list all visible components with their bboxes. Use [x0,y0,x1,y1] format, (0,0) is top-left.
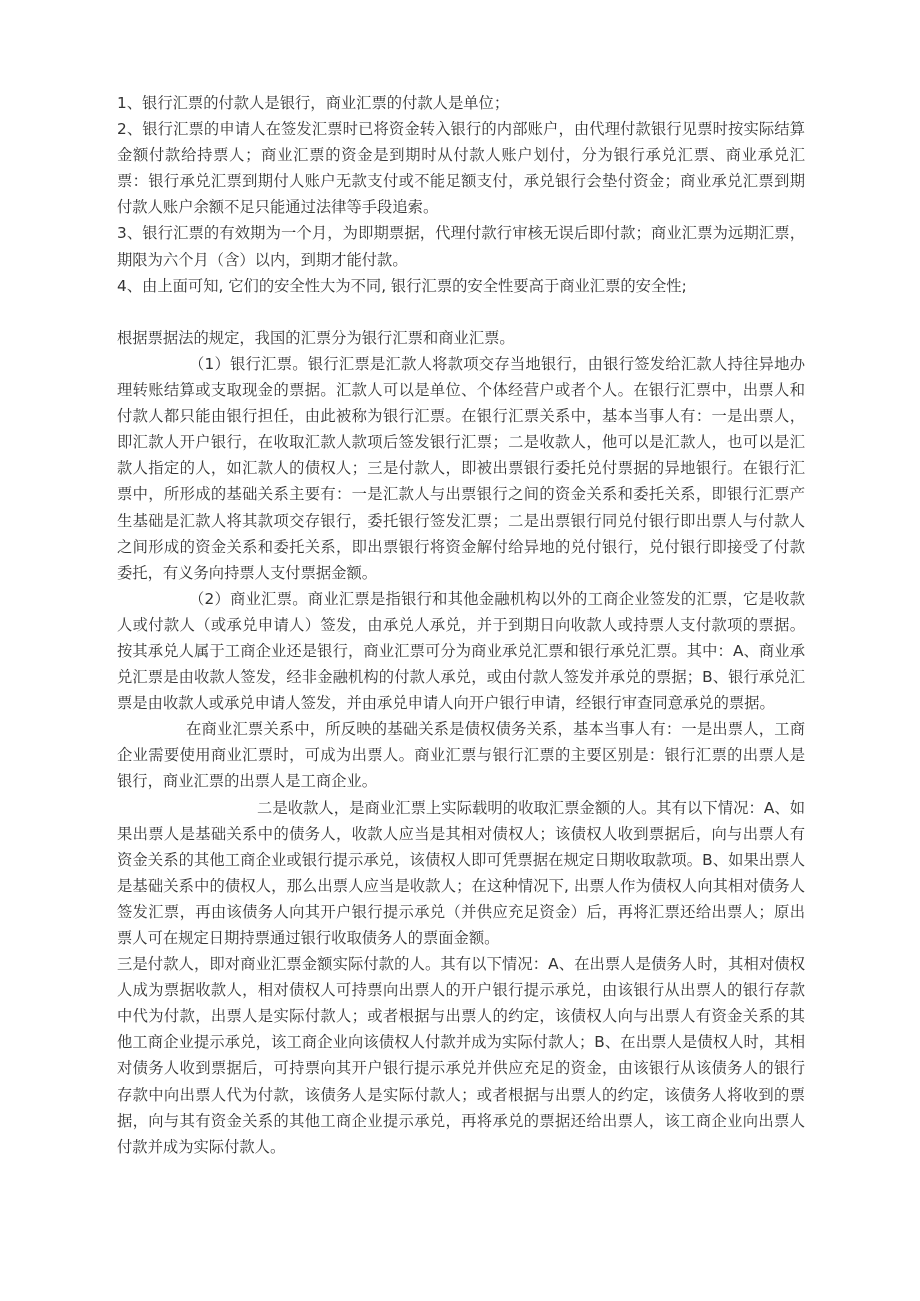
payer-paragraph: 三是付款人，即对商业汇票金额实际付款的人。其有以下情况：A、在出票人是债务人时，… [117,951,805,1160]
commercial-draft-paragraph: （2）商业汇票。商业汇票是指银行和其他金融机构以外的工商企业签发的汇票，它是收款… [117,586,805,716]
summary-point-2: 2、银行汇票的申请人在签发汇票时已将资金转入银行的内部账户，由代理付款银行见票时… [117,116,805,220]
commercial-relation-paragraph: 在商业汇票关系中，所反映的基础关系是债权债务关系，基本当事人有：一是出票人，工商… [117,716,805,794]
summary-point-1: 1、银行汇票的付款人是银行，商业汇票的付款人是单位； [117,90,805,116]
payee-paragraph: 二是收款人，是商业汇票上实际载明的收取汇票金额的人。其有以下情况：A、如果出票人… [117,795,805,952]
summary-point-4: 4、由上面可知, 它们的安全性大为不同, 银行汇票的安全性要高于商业汇票的安全性… [117,273,805,299]
bank-draft-paragraph: （1）银行汇票。银行汇票是汇款人将款项交存当地银行，由银行签发给汇款人持往异地办… [117,351,805,586]
intro-paragraph: 根据票据法的规定，我国的汇票分为银行汇票和商业汇票。 [117,325,805,351]
summary-point-3: 3、银行汇票的有效期为一个月，为即期票据，代理付款行审核无误后即付款；商业汇票为… [117,220,805,272]
document-body: 1、银行汇票的付款人是银行，商业汇票的付款人是单位； 2、银行汇票的申请人在签发… [117,90,805,1160]
blank-line [117,299,805,325]
